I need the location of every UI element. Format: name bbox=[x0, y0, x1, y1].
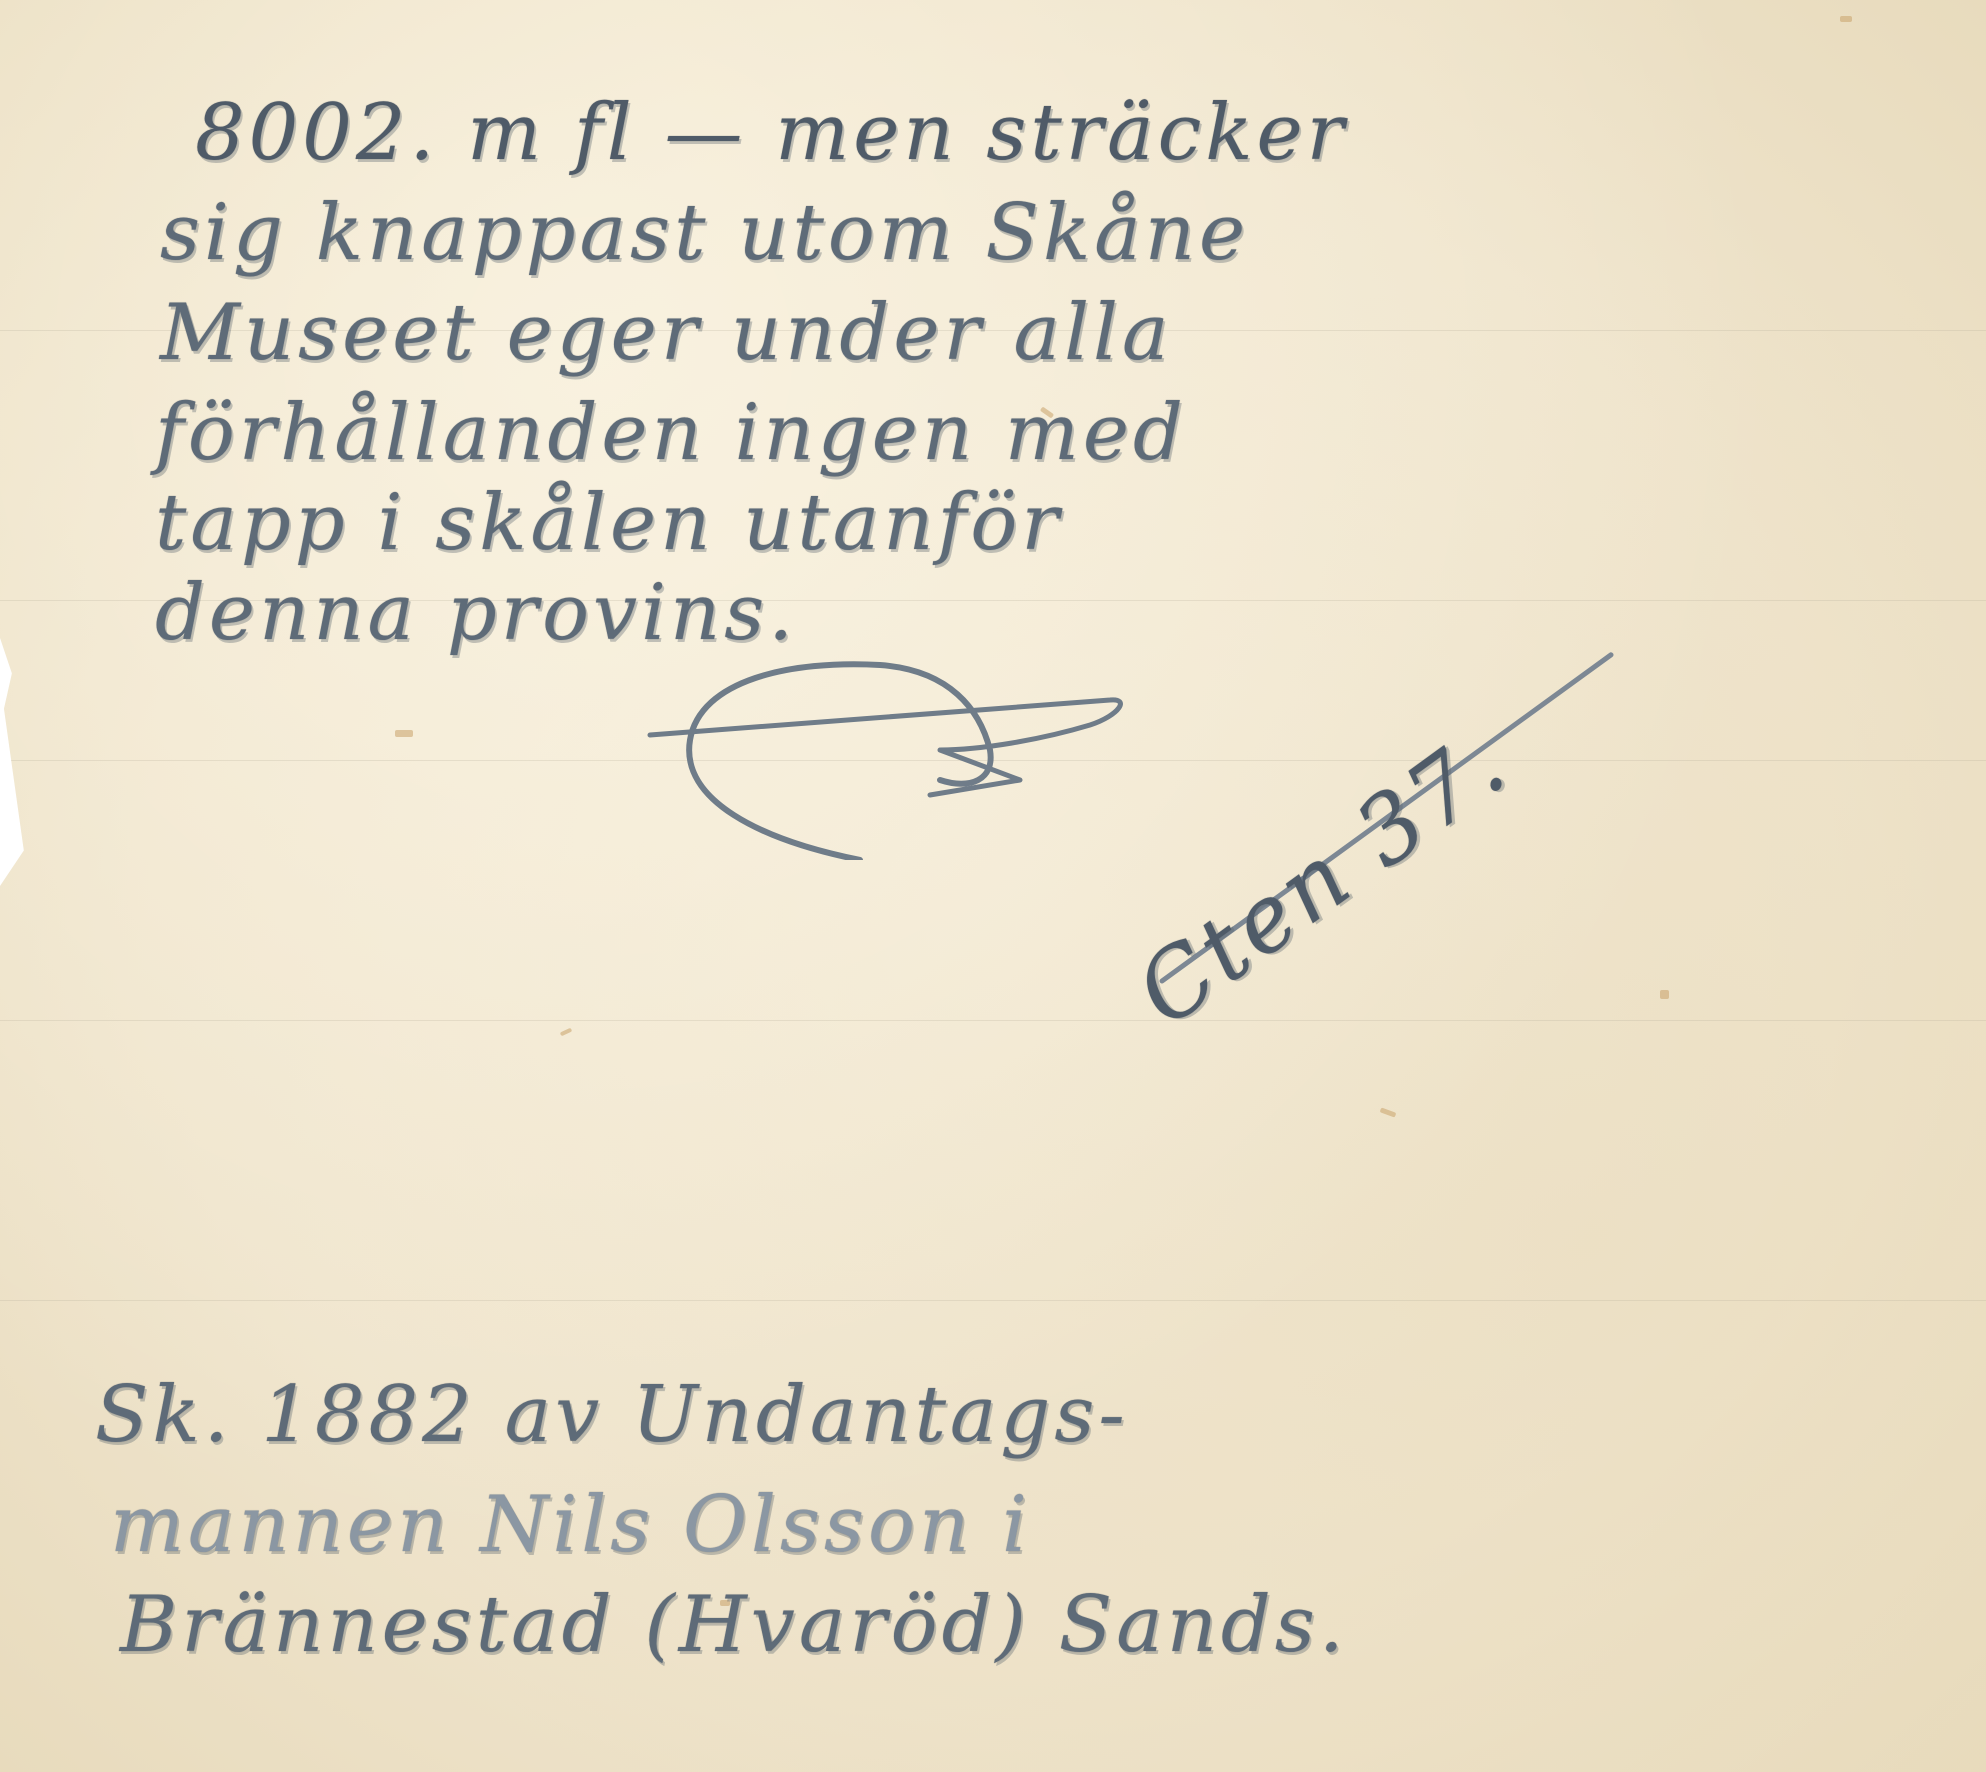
handwritten-line: 8002. m fl — men sträcker bbox=[195, 88, 1348, 178]
handwritten-line: Brännestad (Hvaröd) Sands. bbox=[120, 1580, 1348, 1670]
handwritten-line: Sk. 1882 av Undantags- bbox=[95, 1370, 1129, 1460]
paper-speck bbox=[1840, 16, 1852, 22]
signature-flourish bbox=[640, 640, 1140, 860]
paper-speck bbox=[560, 1028, 573, 1037]
handwritten-line: tapp i skålen utanför bbox=[155, 478, 1063, 568]
ruled-line bbox=[0, 1300, 1986, 1301]
ruled-line bbox=[0, 1020, 1986, 1021]
handwritten-line: sig knappast utom Skåne bbox=[160, 188, 1249, 278]
paper-speck bbox=[395, 730, 413, 737]
paper-sheet: 8002. m fl — men sträcker sig knappast u… bbox=[0, 0, 1986, 1772]
handwritten-line: Museet eger under alla bbox=[160, 288, 1172, 378]
handwritten-line: mannen Nils Olsson i bbox=[110, 1480, 1031, 1570]
handwritten-line: förhållanden ingen med bbox=[155, 388, 1187, 478]
paper-speck bbox=[1380, 1107, 1397, 1117]
paper-speck bbox=[1660, 990, 1669, 999]
